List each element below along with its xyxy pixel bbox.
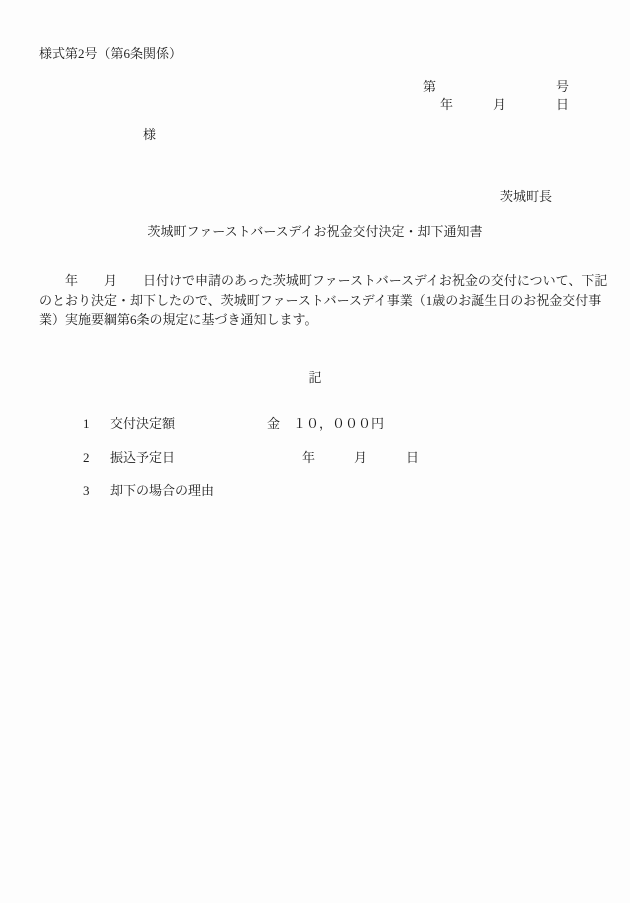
document-title: 茨城町ファーストバースデイお祝金交付決定・却下通知書 [0,224,630,240]
item-label: 振込予定日 [110,450,175,466]
item-number: 1 [83,416,90,432]
item-value: 年 月 日 [302,450,419,466]
item-number: 3 [83,483,90,499]
item-label: 却下の場合の理由 [110,483,214,499]
body-line: のとおり決定・却下したので、茨城町ファーストバースデイ事業（1歳のお誕生日のお祝… [39,291,595,311]
body-paragraph: 年 月 日付けで申請のあった茨城町ファーストバースデイお祝金の交付について、下記… [39,271,595,330]
item-number: 2 [83,450,90,466]
body-line: 年 月 日付けで申請のあった茨城町ファーストバースデイお祝金の交付について、下記 [39,271,595,291]
date-day-label: 日 [556,97,569,113]
doc-number-prefix: 第 [423,79,436,95]
item-label: 交付決定額 [110,416,175,432]
addressee-honorific: 様 [143,127,156,143]
document-page: 様式第2号（第6条関係） 第 号 年 月 日 様 茨城町長 茨城町ファーストバー… [0,0,630,903]
sender-name: 茨城町長 [500,189,552,205]
body-line: 業）実施要綱第6条の規定に基づき通知します。 [39,310,595,330]
item-value: 金 １０，０００円 [267,416,384,432]
date-month-label: 月 [493,97,506,113]
form-number: 様式第2号（第6条関係） [39,46,182,62]
doc-number-suffix: 号 [556,79,569,95]
date-year-label: 年 [440,97,453,113]
record-heading: 記 [0,370,630,386]
